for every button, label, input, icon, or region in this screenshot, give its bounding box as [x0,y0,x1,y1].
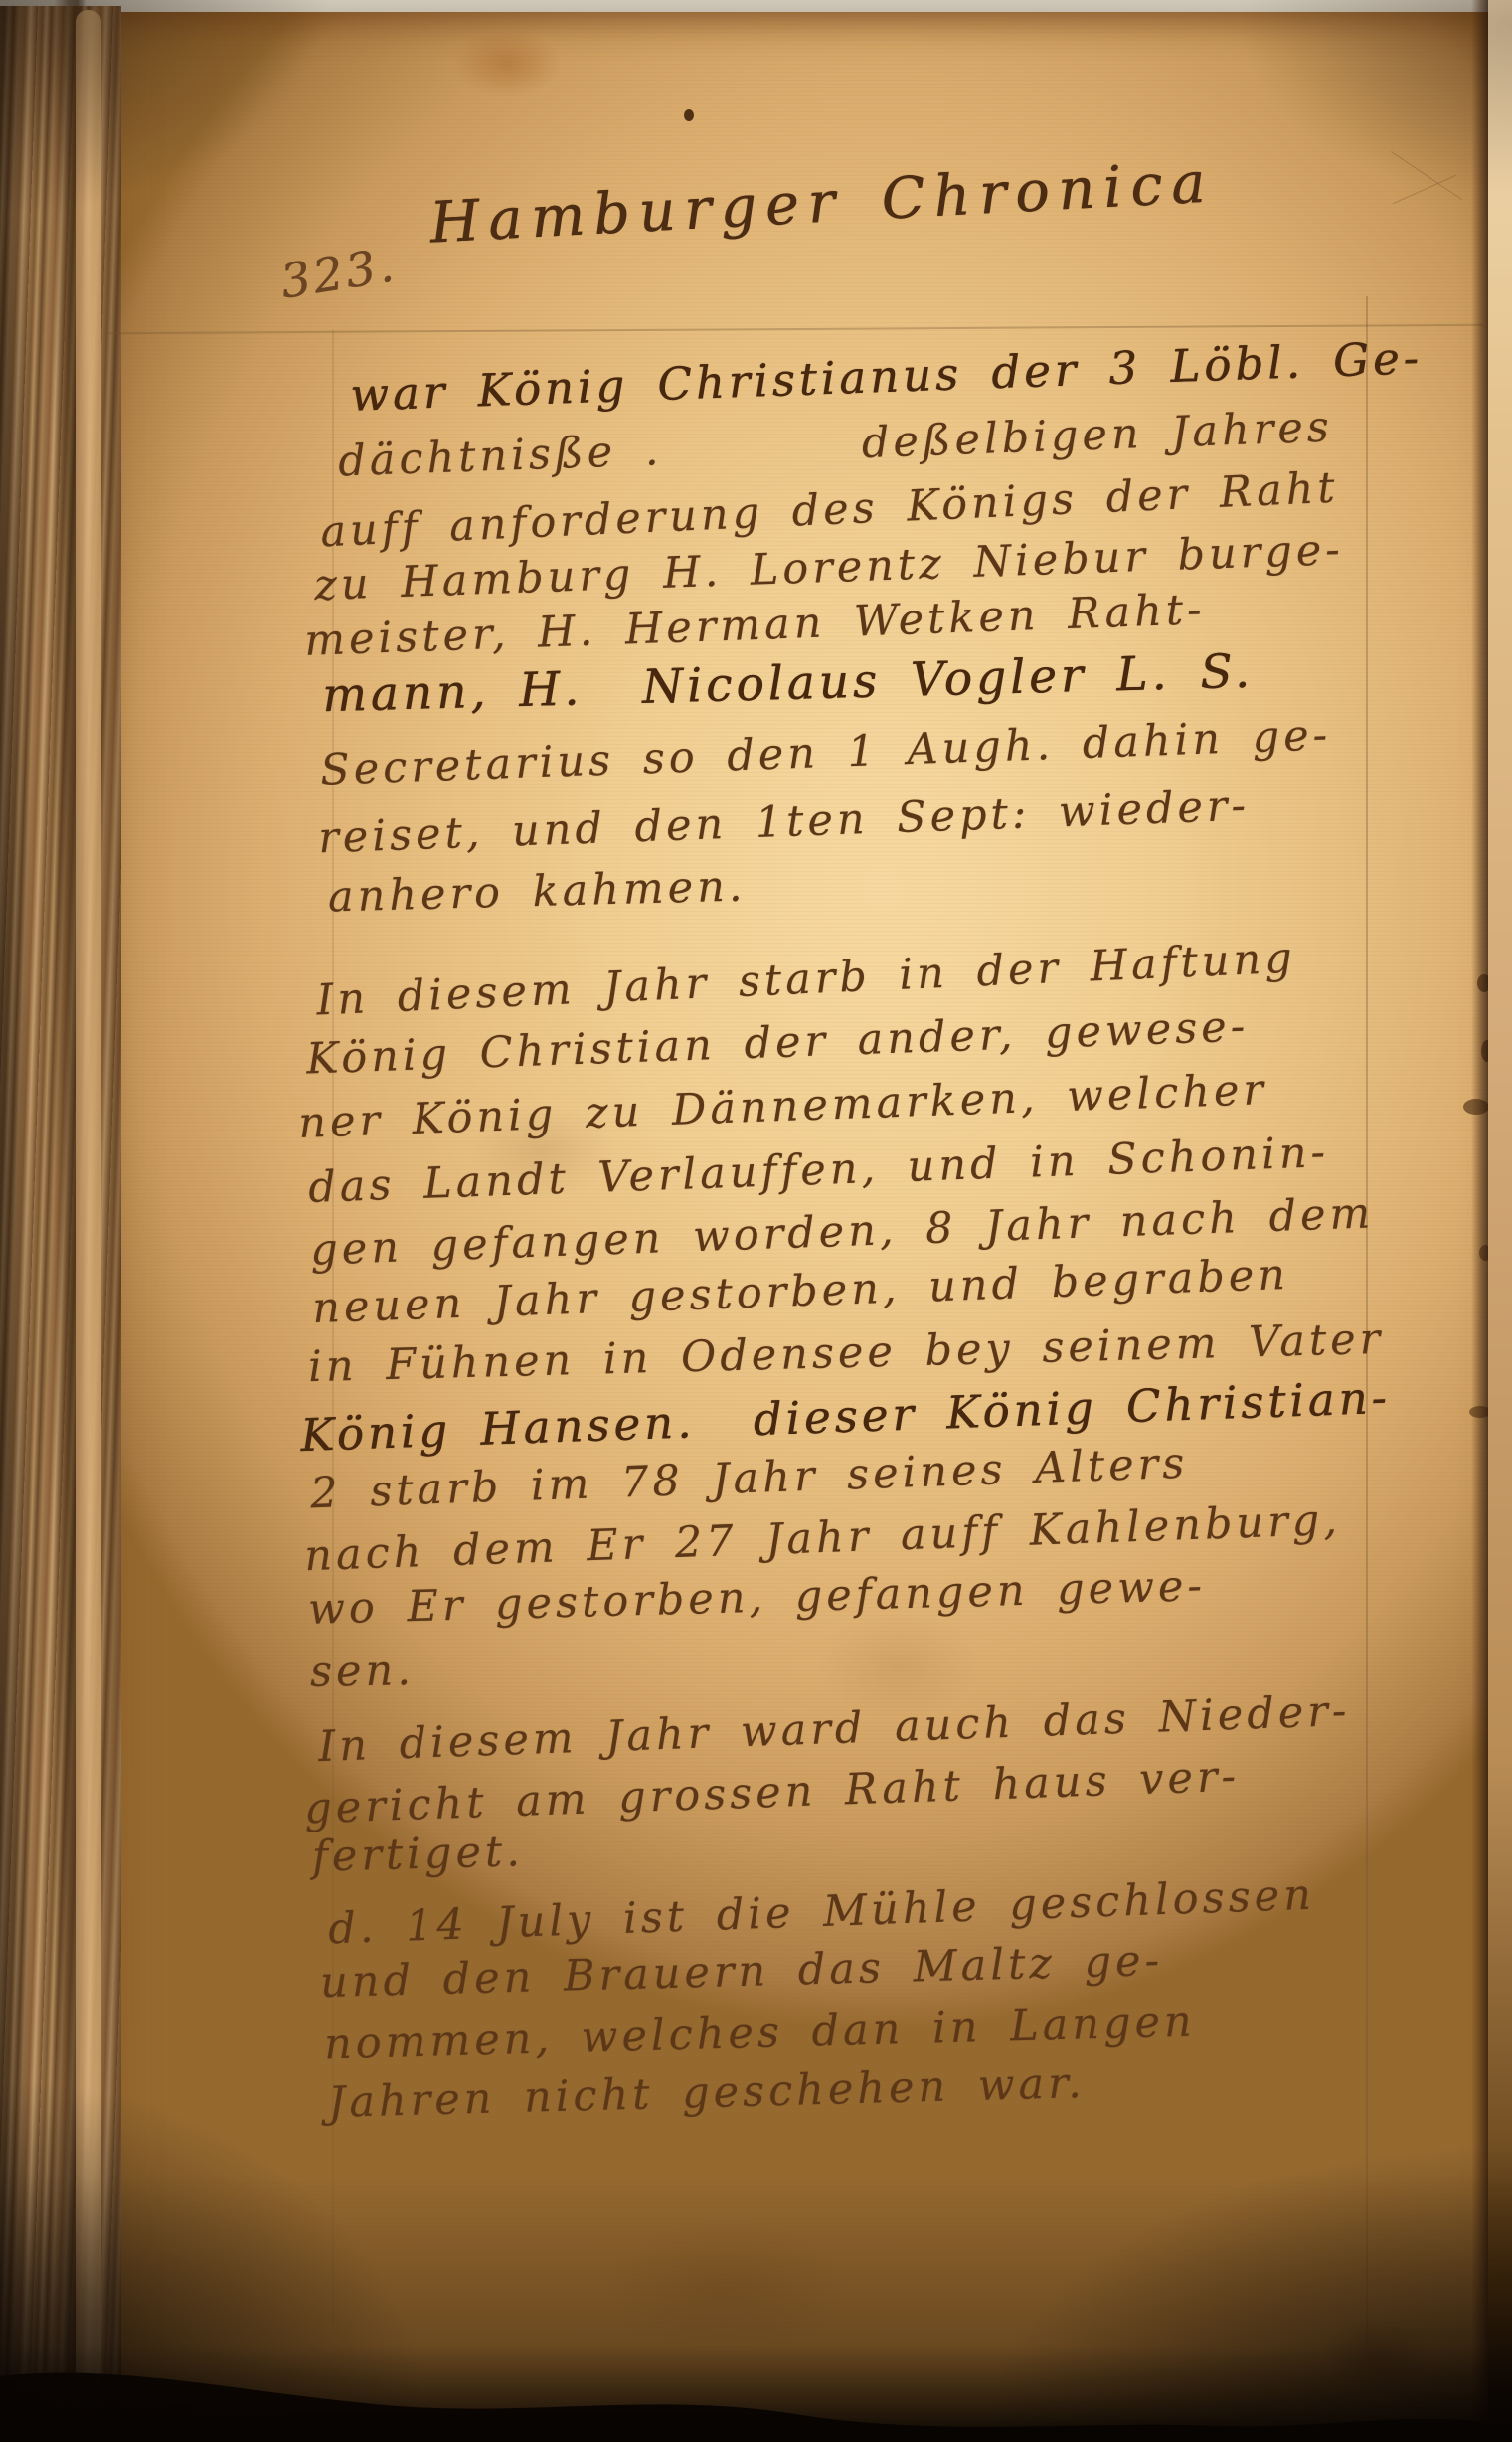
page-curl-highlight [76,10,101,2442]
rust-stain [452,28,562,97]
manuscript-line: anhero kahmen. [328,866,748,920]
next-page-edge [1488,0,1512,2442]
manuscript-line: fertiget. [311,1831,524,1879]
torn-edge-shape [0,2358,1512,2442]
manuscript-photo: Hamburger Chronica 323. war König Christ… [0,0,1512,2442]
ink-dot [684,109,694,121]
bottom-torn-edge [0,2358,1512,2442]
ink-smudge [596,2217,855,2356]
page-gutter-crease [1471,0,1489,2442]
manuscript-line: sen. [310,1650,416,1694]
